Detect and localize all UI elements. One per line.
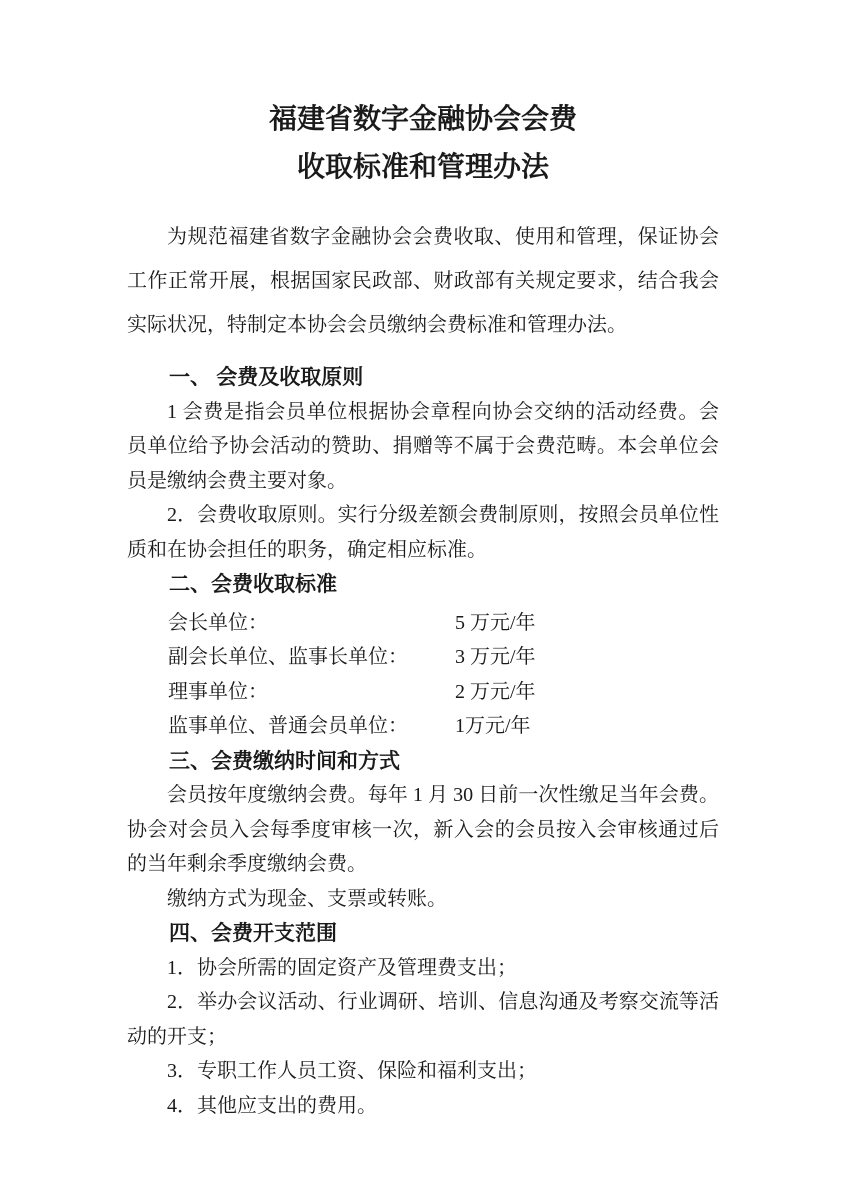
fee-value: 1万元/年 xyxy=(455,709,531,744)
section-1-heading: 一、 会费及收取原则 xyxy=(127,360,719,395)
document-title-line1: 福建省数字金融协会会费 xyxy=(127,96,719,144)
fee-row-president: 会长单位： 5 万元/年 xyxy=(127,606,719,641)
document-title: 福建省数字金融协会会费 收取标准和管理办法 xyxy=(127,96,719,192)
fee-label: 会长单位： xyxy=(168,612,268,634)
section-4-item-1: 1．协会所需的固定资产及管理费支出； xyxy=(127,951,719,986)
section-4-item-2: 2．举办会议活动、行业调研、培训、信息沟通及考察交流等活动的开支； xyxy=(127,985,719,1054)
section-1-paragraph-2: 2．会费收取原则。实行分级差额会费制原则，按照会员单位性质和在协会担任的职务，确… xyxy=(127,498,719,567)
fee-label: 副会长单位、监事长单位： xyxy=(168,646,408,668)
fee-label: 理事单位： xyxy=(168,681,268,703)
section-fee-principles: 一、 会费及收取原则 1 会费是指会员单位根据协会章程向协会交纳的活动经费。会员… xyxy=(127,360,719,567)
fee-row-ordinary-member: 监事单位、普通会员单位： 1万元/年 xyxy=(127,709,719,744)
section-expenditure-scope: 四、会费开支范围 1．协会所需的固定资产及管理费支出； 2．举办会议活动、行业调… xyxy=(127,916,719,1123)
section-3-paragraph-2: 缴纳方式为现金、支票或转账。 xyxy=(127,882,719,917)
section-fee-standards: 二、会费收取标准 会长单位： 5 万元/年 副会长单位、监事长单位： 3 万元/… xyxy=(127,567,719,744)
section-4-item-3: 3．专职工作人员工资、保险和福利支出； xyxy=(127,1054,719,1089)
section-1-paragraph-1: 1 会费是指会员单位根据协会章程向协会交纳的活动经费。会员单位给予协会活动的赞助… xyxy=(127,395,719,499)
document-title-line2: 收取标准和管理办法 xyxy=(127,144,719,192)
fee-value: 2 万元/年 xyxy=(455,675,536,710)
fee-row-vice-president: 副会长单位、监事长单位： 3 万元/年 xyxy=(127,640,719,675)
document-page: 福建省数字金融协会会费 收取标准和管理办法 为规范福建省数字金融协会会费收取、使… xyxy=(0,0,848,1200)
section-2-heading: 二、会费收取标准 xyxy=(127,567,719,602)
fee-value: 3 万元/年 xyxy=(455,640,536,675)
fee-row-director: 理事单位： 2 万元/年 xyxy=(127,675,719,710)
document-content: 福建省数字金融协会会费 收取标准和管理办法 为规范福建省数字金融协会会费收取、使… xyxy=(127,0,719,1123)
section-4-heading: 四、会费开支范围 xyxy=(127,916,719,951)
fee-table: 会长单位： 5 万元/年 副会长单位、监事长单位： 3 万元/年 理事单位： 2… xyxy=(127,606,719,744)
intro-paragraph: 为规范福建省数字金融协会会费收取、使用和管理，保证协会工作正常开展，根据国家民政… xyxy=(127,215,719,347)
section-payment-time-method: 三、会费缴纳时间和方式 会员按年度缴纳会费。每年 1 月 30 日前一次性缴足当… xyxy=(127,744,719,917)
section-3-paragraph-1: 会员按年度缴纳会费。每年 1 月 30 日前一次性缴足当年会费。协会对会员入会每… xyxy=(127,778,719,882)
fee-label: 监事单位、普通会员单位： xyxy=(168,715,408,737)
section-4-item-4: 4．其他应支出的费用。 xyxy=(127,1089,719,1124)
fee-value: 5 万元/年 xyxy=(455,606,536,641)
section-3-heading: 三、会费缴纳时间和方式 xyxy=(127,744,719,779)
